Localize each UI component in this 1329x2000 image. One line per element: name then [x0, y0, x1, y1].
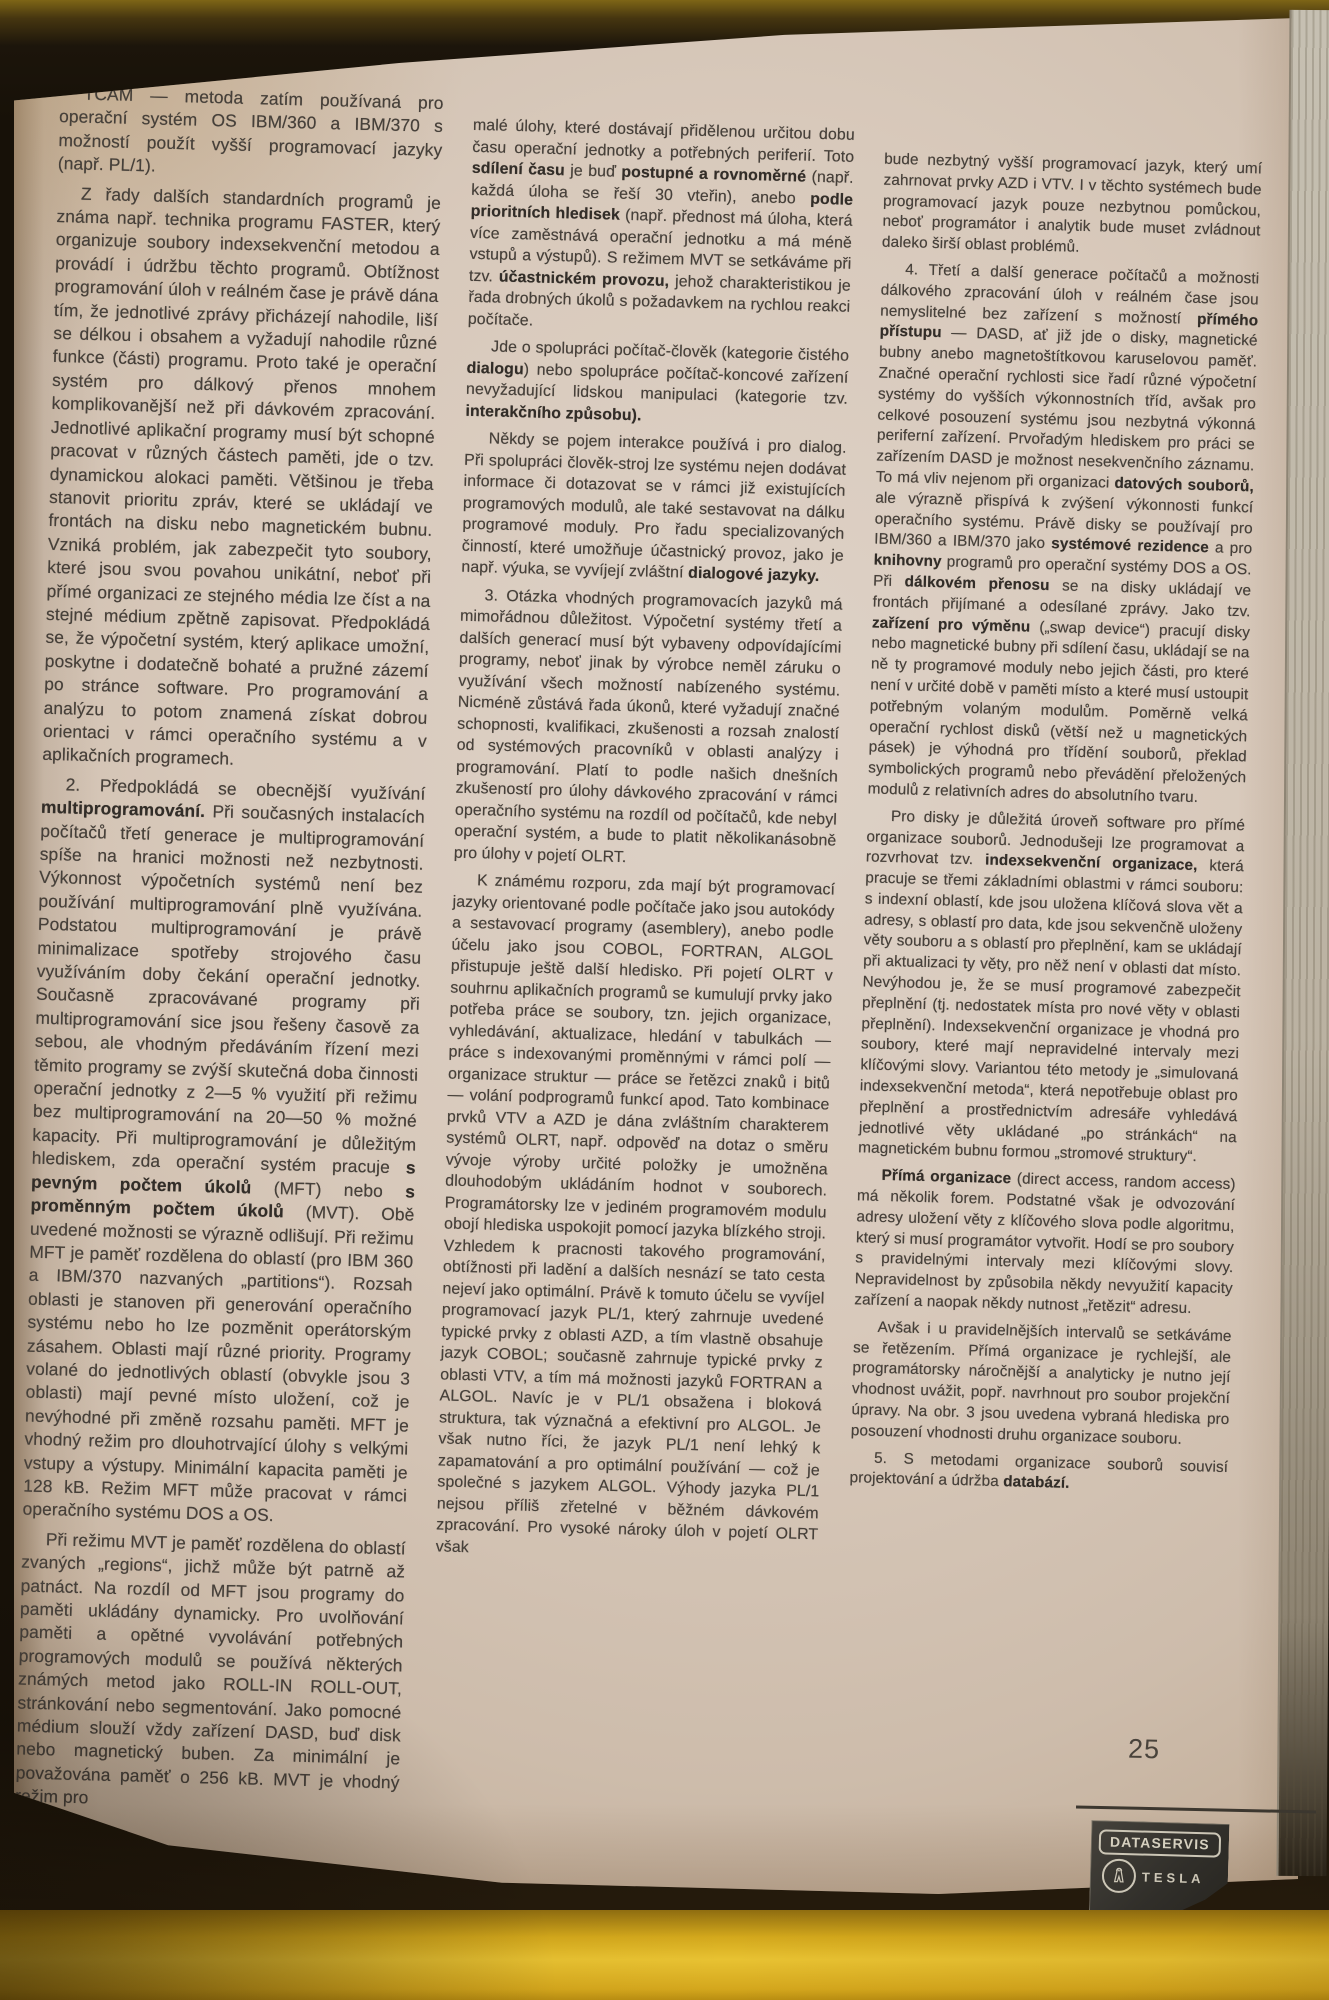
page-number: 25 — [1128, 1734, 1161, 1766]
paragraph: 2. Předpokládá se obecnější využívání mu… — [22, 773, 425, 1532]
dataservis-wordmark: DATASERVIS — [1099, 1829, 1222, 1857]
paragraph: Přímá organizace (direct access, random … — [854, 1166, 1236, 1321]
text-column-1: TCAM — metoda zatím používaná pro operač… — [15, 82, 444, 1824]
text-column-2: malé úlohy, které dostávají přidělenou u… — [428, 93, 855, 1835]
paragraph: Z řady dalších standardních programů je … — [42, 182, 441, 777]
paragraph: 5. S metodami organizace souborů souvisí… — [849, 1448, 1228, 1499]
text-column-3: bude nezbytný vyšší programovací jazyk, … — [840, 104, 1263, 1846]
tesla-wordmark: TESLA — [1142, 1869, 1205, 1886]
paragraph: Avšak i u pravidelnějších intervalů se s… — [851, 1317, 1232, 1452]
magazine-page: TCAM — metoda zatím používaná pro operač… — [14, 18, 1298, 1894]
paragraph: 3. Otázka vhodných programovacích jazyků… — [454, 584, 843, 873]
paragraph: Jde o spolupráci počítač-člověk (kategor… — [465, 336, 849, 432]
tesla-emblem-icon — [1101, 1858, 1136, 1893]
book-cover-gold-band — [0, 1910, 1329, 2000]
paragraph: bude nezbytný vyšší programovací jazyk, … — [882, 150, 1263, 264]
paragraph: Při režimu MVT je paměť rozdělena do obl… — [15, 1527, 406, 1818]
paragraph: 4. Třetí a další generace počítačů a mož… — [867, 260, 1259, 810]
paragraph: TCAM — metoda zatím používaná pro operač… — [58, 82, 444, 186]
paragraph: malé úlohy, které dostávají přidělenou u… — [468, 115, 855, 340]
paragraph: Někdy se pojem interakce používá i pro d… — [461, 428, 847, 588]
photo-of-magazine-page: TCAM — metoda zatím používaná pro operač… — [0, 0, 1329, 2000]
article-text-columns: TCAM — metoda zatím používaná pro operač… — [15, 82, 1264, 1846]
paragraph: Pro disky je důležitá úroveň software pr… — [858, 806, 1245, 1169]
paragraph: K známému rozporu, zda mají být programo… — [435, 870, 835, 1568]
